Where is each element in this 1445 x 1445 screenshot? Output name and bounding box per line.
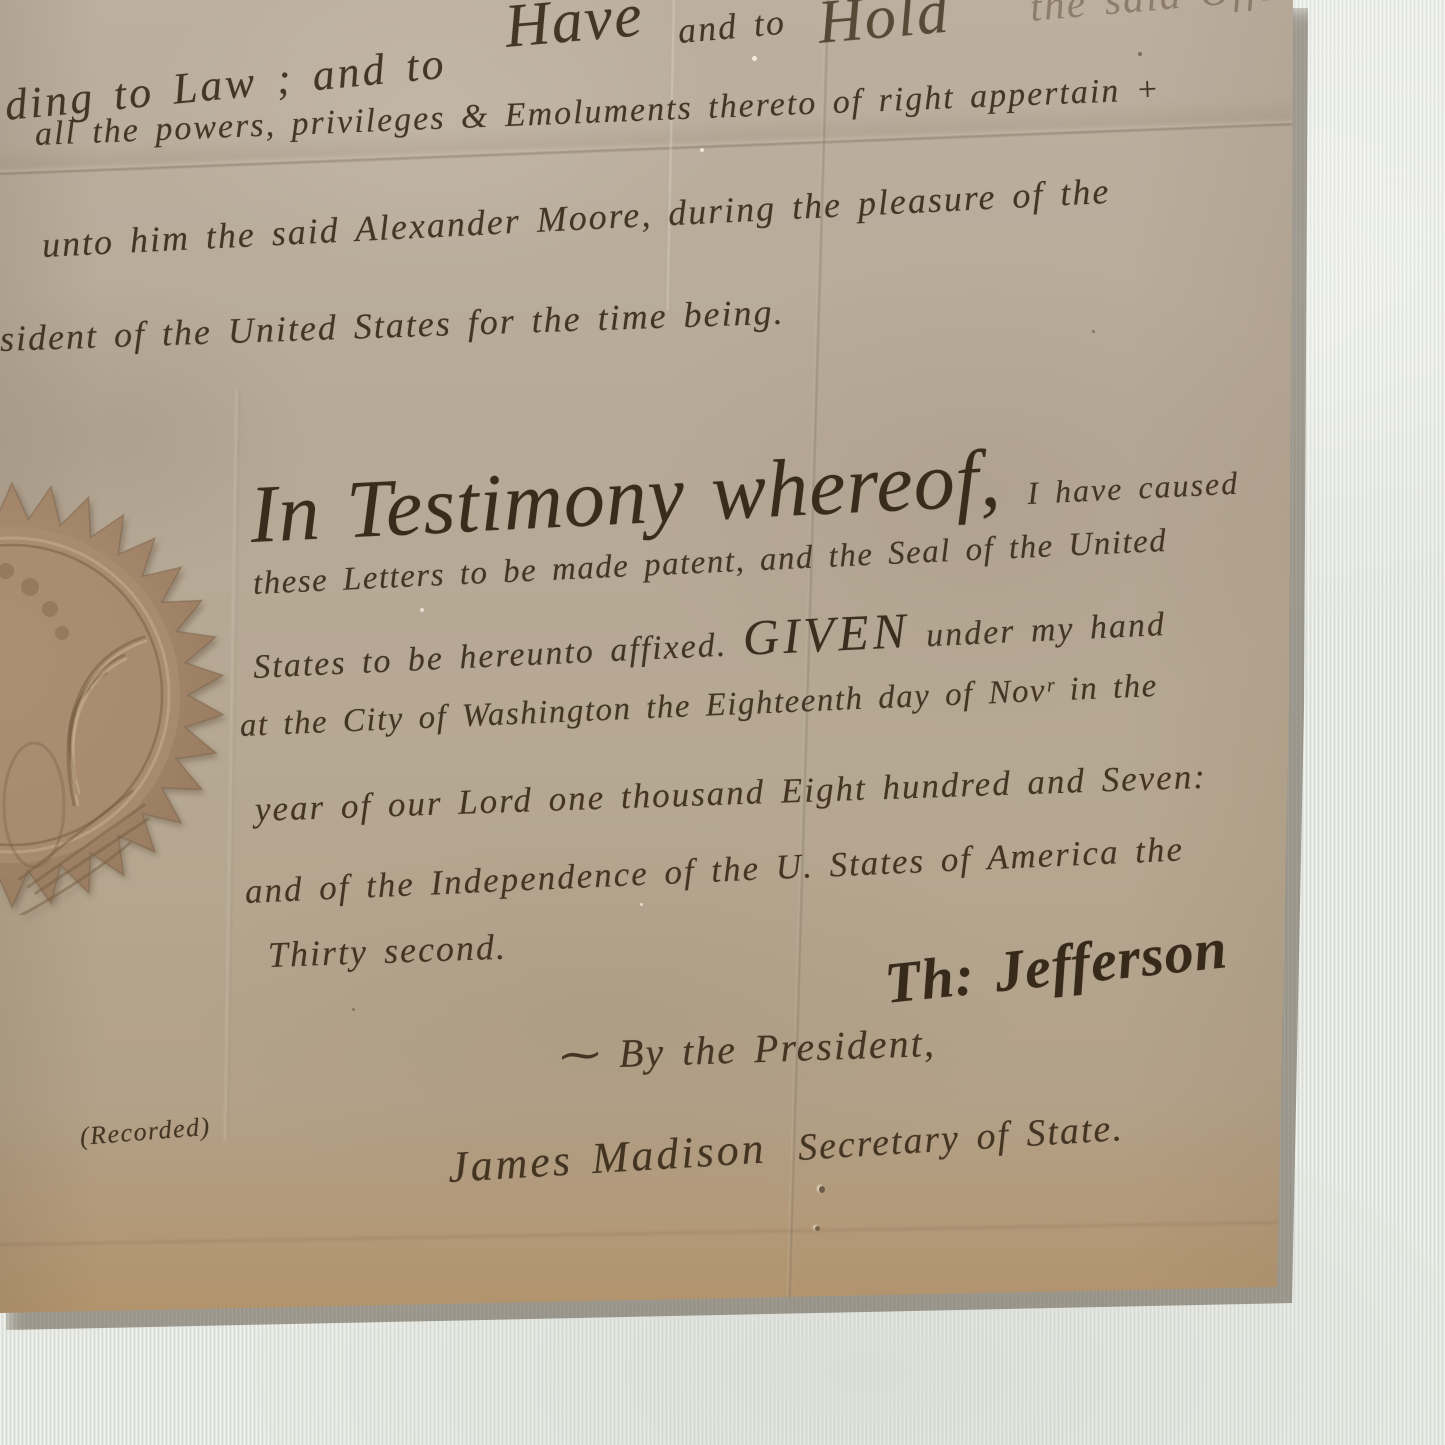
paper-fleck [640, 903, 643, 906]
document-paper: ding to Law ; and to Have and to Hold th… [0, 0, 1445, 1445]
signature-james-madison: James Madison [446, 1123, 767, 1193]
testimony-side-text: I have caused [1026, 465, 1239, 511]
word-have: Have [502, 0, 646, 63]
seal-svg [0, 475, 232, 915]
photo-scene: ding to Law ; and to Have and to Hold th… [0, 0, 1445, 1445]
flourish-mark: ⁓ [559, 1032, 603, 1078]
great-seal-embossed-icon [0, 475, 232, 915]
recorded-annotation: (Recorded) [79, 1112, 212, 1152]
paper-fleck [420, 608, 424, 612]
line-thirty-second: Thirty second. [267, 926, 507, 976]
line-year-1807: year of our Lord one thousand Eight hund… [254, 757, 1207, 830]
under-hand-text: under my hand [925, 606, 1166, 654]
secretary-of-state-title: Secretary of State. [797, 1106, 1125, 1170]
word-hold: Hold [815, 0, 953, 59]
paper-fleck [752, 56, 757, 61]
fold-crease-vertical-upper [665, 0, 676, 310]
paper-speck [352, 1008, 355, 1011]
states-affixed-text: States to be hereunto affixed. [252, 627, 728, 686]
line-unto-moore: unto him the said Alexander Moore, durin… [41, 170, 1111, 266]
fold-crease-horizontal-bottom [0, 1221, 1300, 1247]
line-independence: and of the Independence of the U. States… [244, 829, 1185, 912]
paper-speck [1138, 52, 1142, 56]
signature-jefferson: Th: Jefferson [881, 914, 1230, 1017]
paper-speck [1092, 330, 1095, 333]
word-and-to: and to [676, 1, 787, 52]
given-word: GIVEN [742, 602, 912, 666]
paper-pinhole [819, 1186, 825, 1193]
paper-pinhole [815, 1226, 820, 1231]
paper-fleck [700, 148, 704, 152]
line-president-united-states: sident of the United States for the time… [0, 291, 785, 360]
line-by-the-president: ⁓ By the President, [559, 1019, 936, 1079]
by-president-text: By the President, [618, 1020, 936, 1076]
word-office-cut: the said Offi [1028, 0, 1275, 32]
